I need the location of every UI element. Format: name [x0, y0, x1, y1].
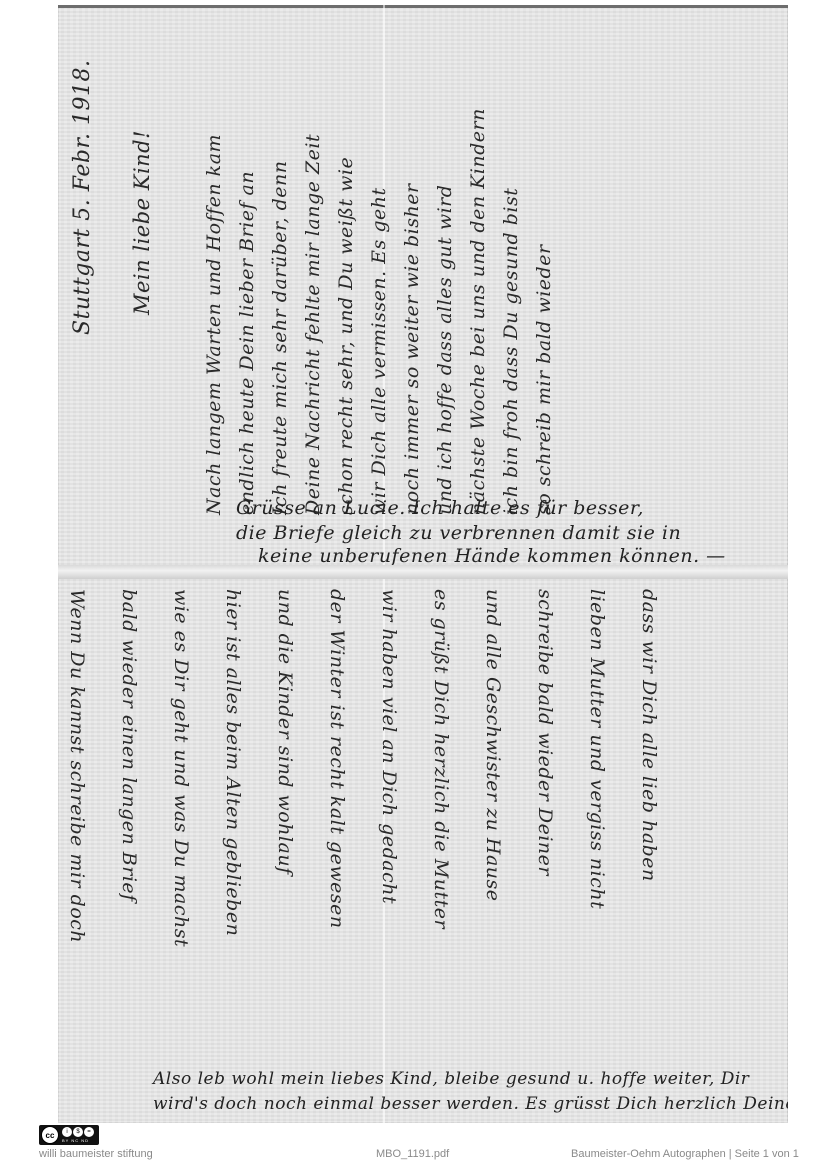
- handwriting-line: hier ist alles beim Alten geblieben: [222, 589, 244, 936]
- noncommercial-icon: $: [73, 1127, 83, 1137]
- handwriting-line: es grüßt Dich herzlich die Mutter: [430, 589, 452, 929]
- handwriting-line: Deine Nachricht fehlte mir lange Zeit: [302, 134, 324, 515]
- handwriting-line: wie es Dir geht und was Du machst: [170, 589, 192, 947]
- handwriting-line: wir haben viel an Dich gedacht: [378, 589, 400, 904]
- letter-lower-half: Wenn Du kannst schreibe mir doch bald wi…: [58, 579, 788, 1123]
- handwriting-line: bald wieder einen langen Brief: [118, 589, 140, 902]
- handwriting-line: und ich hoffe dass alles gut wird: [434, 185, 456, 515]
- date-line: Stuttgart 5. Febr. 1918.: [70, 59, 95, 335]
- organization-name: willi baumeister stiftung: [39, 1148, 153, 1160]
- handwriting-line: Ich freute mich sehr darüber, denn: [269, 161, 291, 515]
- handwriting-line: der Winter ist recht kalt gewesen: [326, 589, 348, 929]
- license-text: BY NC ND: [62, 1138, 94, 1143]
- handwriting-line: Nach langem Warten und Hoffen kam: [203, 134, 225, 515]
- handwriting-line: Wenn Du kannst schreibe mir doch: [66, 589, 88, 943]
- handwriting-line: nächste Woche bei uns und den Kindern: [467, 108, 489, 515]
- handwriting-line: ich bin froh dass Du gesund bist: [500, 188, 522, 515]
- file-name: MBO_1191.pdf: [376, 1148, 449, 1160]
- by-attribution-icon: i: [62, 1127, 72, 1137]
- closing-line: Also leb wohl mein liebes Kind, bleibe g…: [153, 1069, 749, 1089]
- handwriting-line: und die Kinder sind wohlauf: [274, 589, 296, 875]
- letter-scan: Stuttgart 5. Febr. 1918. Mein liebe Kind…: [58, 5, 788, 1123]
- salutation: Mein liebe Kind!: [130, 130, 154, 315]
- handwriting-line: schon recht sehr, und Du weißt wie: [335, 157, 357, 515]
- no-derivatives-icon: =: [84, 1127, 94, 1137]
- handwriting-line: dass wir Dich alle lieb haben: [638, 589, 660, 882]
- horizontal-note-line: Grüsse an Lucie. Ich halte es für besser…: [236, 497, 644, 519]
- handwriting-line: lieben Mutter und vergiss nicht: [586, 589, 608, 909]
- handwriting-line: und alle Geschwister zu Hause: [482, 589, 504, 902]
- closing-line: wird's doch noch einmal besser werden. E…: [153, 1094, 788, 1114]
- handwriting-line: so schreib mir bald wieder: [533, 244, 555, 515]
- letter-upper-half: Stuttgart 5. Febr. 1918. Mein liebe Kind…: [58, 5, 788, 565]
- horizontal-note-line: die Briefe gleich zu verbrennen damit si…: [236, 522, 681, 544]
- horizontal-note-line: keine unberufenen Hände kommen können. —: [258, 545, 726, 567]
- cc-license-badge[interactable]: cc i $ = BY NC ND: [39, 1125, 99, 1145]
- handwriting-line: wir Dich alle vermissen. Es geht: [368, 187, 390, 515]
- horizontal-fold-line: [58, 565, 788, 579]
- handwriting-line: endlich heute Dein lieber Brief an: [236, 171, 258, 515]
- handwriting-line: noch immer so weiter wie bisher: [401, 183, 423, 515]
- collection-page-info: Baumeister-Oehm Autographen | Seite 1 vo…: [571, 1148, 799, 1160]
- handwriting-line: schreibe bald wieder Deiner: [534, 589, 556, 876]
- cc-icon: cc: [41, 1126, 59, 1144]
